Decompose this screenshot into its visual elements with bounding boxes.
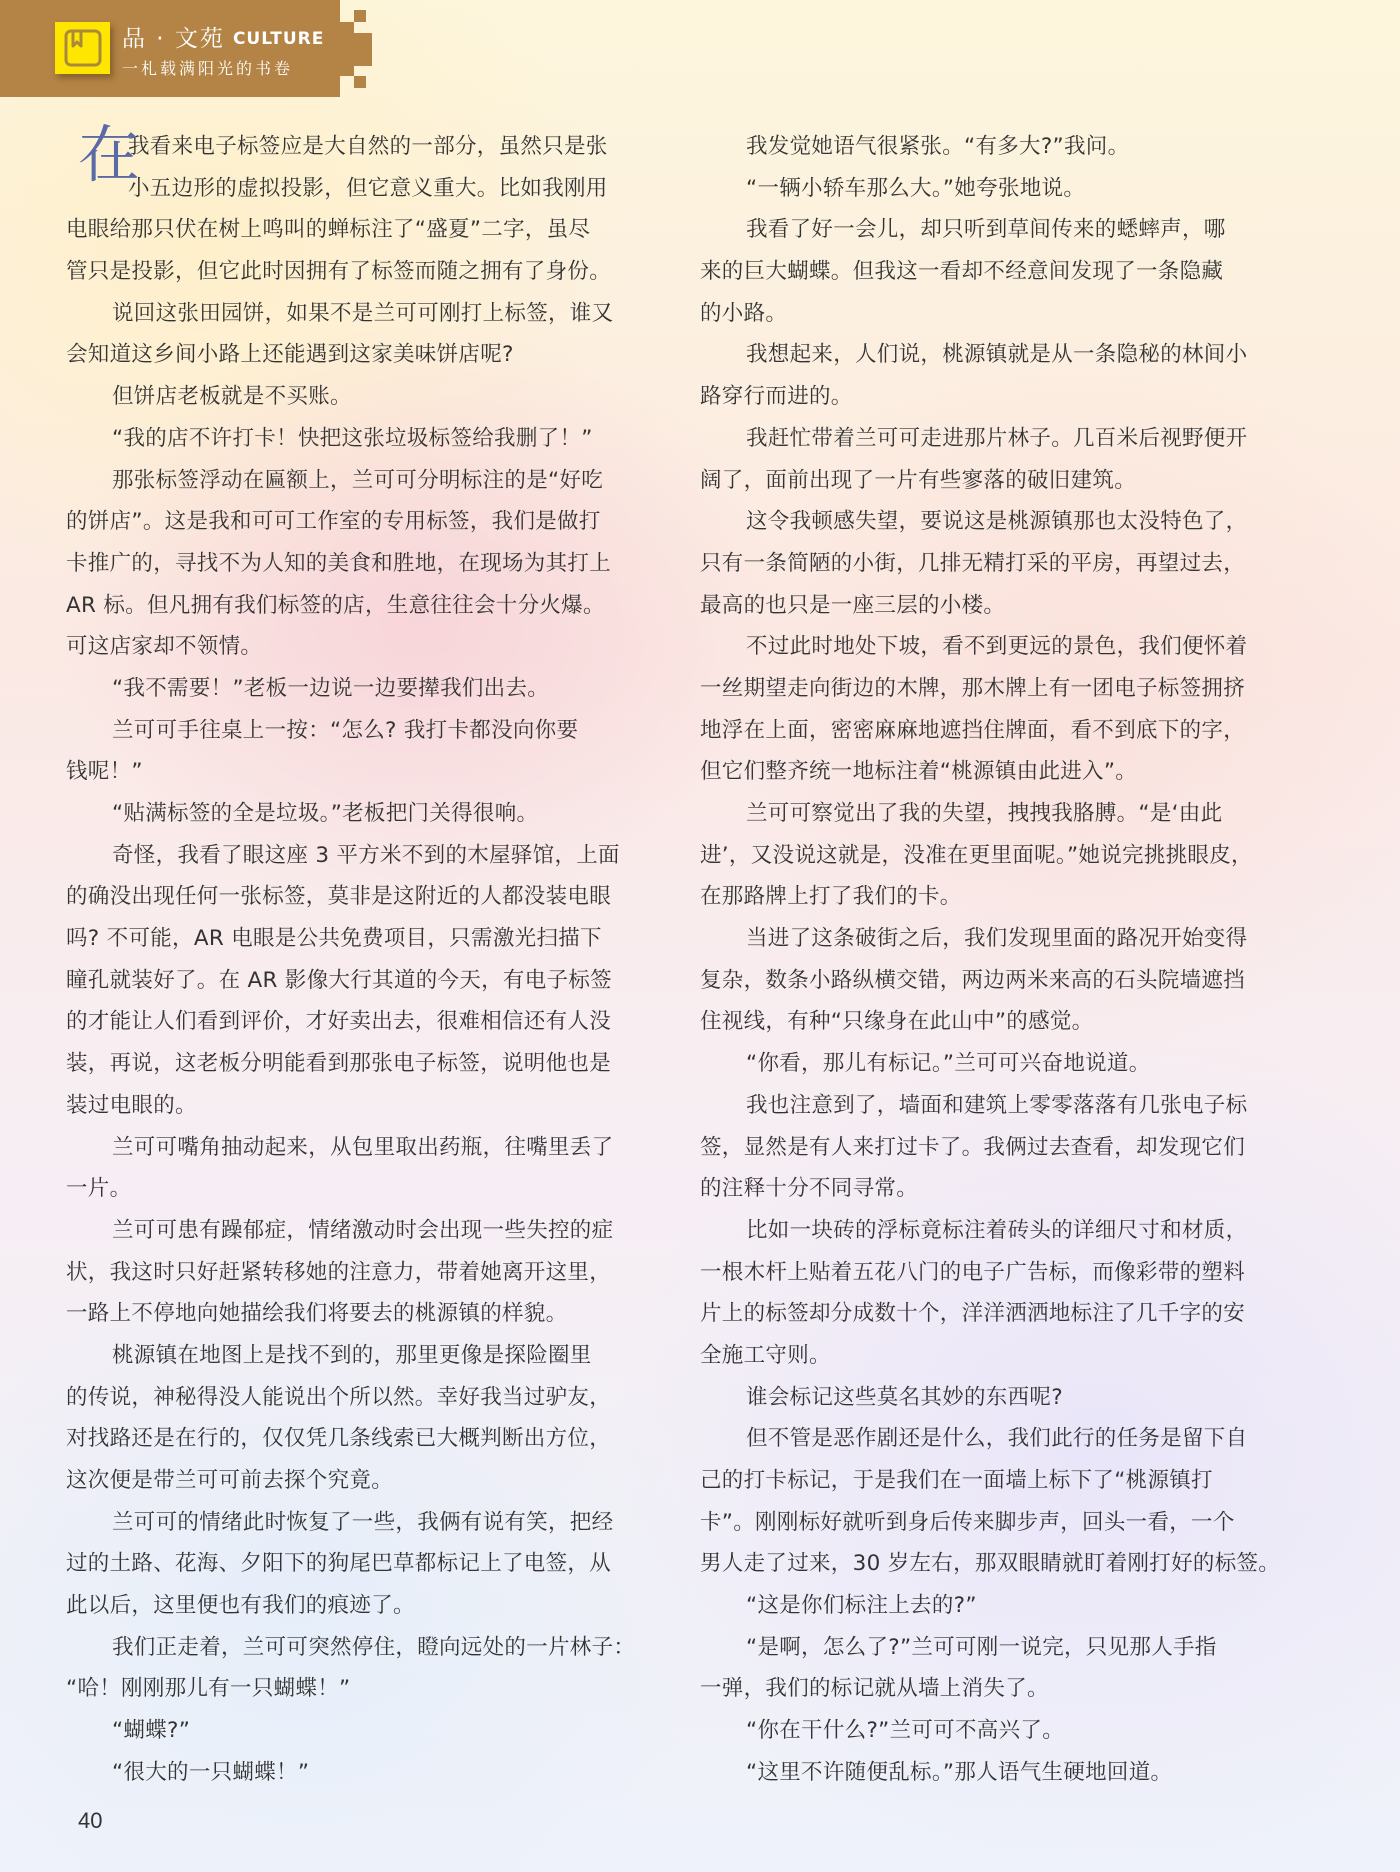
text-line: 我看了好一会儿，却只听到草间传来的蟋蟀声，哪 bbox=[700, 209, 1194, 251]
text-line: “蝴蝶?” bbox=[66, 1710, 560, 1752]
text-line: 的饼店”。这是我和可可工作室的专用标签，我们是做打 bbox=[66, 501, 560, 543]
text-line: 进’，又没说这就是，没准在更里面呢。”她说完挑挑眼皮， bbox=[700, 835, 1194, 877]
article-column-right: 我发觉她语气很紧张。“有多大?”我问。“一辆小轿车那么大。”她夸张地说。我看了好… bbox=[700, 126, 1194, 1794]
banner-decoration-square bbox=[354, 76, 366, 88]
text-line: 我们正走着，兰可可突然停住，瞪向远处的一片林子： bbox=[66, 1627, 560, 1669]
text-line: 一片。 bbox=[66, 1168, 560, 1210]
text-line: “这是你们标注上去的?” bbox=[700, 1585, 1194, 1627]
page-number: 40 bbox=[78, 1808, 102, 1834]
text-line: 男人走了过来，30 岁左右，那双眼睛就盯着刚打好的标签。 bbox=[700, 1543, 1194, 1585]
bookmark-book-icon bbox=[55, 22, 110, 74]
banner-decoration-square bbox=[354, 10, 366, 22]
text-line: 一弹，我们的标记就从墙上消失了。 bbox=[700, 1668, 1194, 1710]
text-line: 兰可可手往桌上一按：“怎么? 我打卡都没向你要 bbox=[66, 710, 560, 752]
text-line: 复杂，数条小路纵横交错，两边两米来高的石头院墙遮挡 bbox=[700, 960, 1194, 1002]
section-subtitle: 一札载满阳光的书卷 bbox=[122, 56, 293, 79]
text-line: 一根木杆上贴着五花八门的电子广告标，而像彩带的塑料 bbox=[700, 1252, 1194, 1294]
text-line: 全施工守则。 bbox=[700, 1335, 1194, 1377]
text-line: 装，再说，这老板分明能看到那张电子标签，说明他也是 bbox=[66, 1043, 560, 1085]
text-line: 片上的标签却分成数十个，洋洋洒洒地标注了几千字的安 bbox=[700, 1293, 1194, 1335]
text-line: 兰可可患有躁郁症，情绪激动时会出现一些失控的症 bbox=[66, 1210, 560, 1252]
text-line: 桃源镇在地图上是找不到的，那里更像是探险圈里 bbox=[66, 1335, 560, 1377]
text-line: 但饼店老板就是不买账。 bbox=[66, 376, 560, 418]
text-line: 装过电眼的。 bbox=[66, 1085, 560, 1127]
text-line: “是啊，怎么了?”兰可可刚一说完，只见那人手指 bbox=[700, 1627, 1194, 1669]
text-line: 我也注意到了，墙面和建筑上零零落落有几张电子标 bbox=[700, 1085, 1194, 1127]
text-line: “你在干什么?”兰可可不高兴了。 bbox=[700, 1710, 1194, 1752]
text-line: 比如一块砖的浮标竟标注着砖头的详细尺寸和材质， bbox=[700, 1210, 1194, 1252]
section-title-en: CULTURE bbox=[233, 29, 324, 49]
text-line: 一丝期望走向街边的木牌，那木牌上有一团电子标签拥挤 bbox=[700, 668, 1194, 710]
text-line: 谁会标记这些莫名其妙的东西呢? bbox=[700, 1377, 1194, 1419]
text-line: 对找路还是在行的，仅仅凭几条线索已大概判断出方位， bbox=[66, 1418, 560, 1460]
text-line: 奇怪，我看了眼这座 3 平方米不到的木屋驿馆，上面 bbox=[66, 835, 560, 877]
text-line: “一辆小轿车那么大。”她夸张地说。 bbox=[700, 168, 1194, 210]
text-line: 住视线，有种“只缘身在此山中”的感觉。 bbox=[700, 1001, 1194, 1043]
section-header-banner: 品 · 文苑CULTURE 一札载满阳光的书卷 bbox=[0, 0, 340, 97]
text-line: 来的巨大蝴蝶。但我这一看却不经意间发现了一条隐藏 bbox=[700, 251, 1194, 293]
text-line: 的才能让人们看到评价，才好卖出去，很难相信还有人没 bbox=[66, 1001, 560, 1043]
text-line: “贴满标签的全是垃圾。”老板把门关得很响。 bbox=[66, 793, 560, 835]
text-line: 说回这张田园饼，如果不是兰可可刚打上标签，谁又 bbox=[66, 293, 560, 335]
text-line: 可这店家却不领情。 bbox=[66, 626, 560, 668]
text-line: 兰可可的情绪此时恢复了一些，我俩有说有笑，把经 bbox=[66, 1502, 560, 1544]
text-line: 的注释十分不同寻常。 bbox=[700, 1168, 1194, 1210]
text-line: 地浮在上面，密密麻麻地遮挡住牌面，看不到底下的字， bbox=[700, 710, 1194, 752]
text-line: “这里不许随便乱标。”那人语气生硬地回道。 bbox=[700, 1752, 1194, 1794]
text-line: 我赶忙带着兰可可走进那片林子。几百米后视野便开 bbox=[700, 418, 1194, 460]
text-line: 的小路。 bbox=[700, 293, 1194, 335]
text-line: “哈！刚刚那儿有一只蝴蝶！” bbox=[66, 1668, 560, 1710]
text-line: 过的土路、花海、夕阳下的狗尾巴草都标记上了电签，从 bbox=[66, 1543, 560, 1585]
text-line: 阔了，面前出现了一片有些寥落的破旧建筑。 bbox=[700, 460, 1194, 502]
text-line: 我想起来，人们说，桃源镇就是从一条隐秘的林间小 bbox=[700, 334, 1194, 376]
text-line: 小五边形的虚拟投影，但它意义重大。比如我刚用 bbox=[66, 168, 560, 210]
banner-decoration bbox=[354, 33, 372, 66]
text-line: 路穿行而进的。 bbox=[700, 376, 1194, 418]
section-title: 品 · 文苑CULTURE bbox=[122, 20, 324, 53]
text-line: 兰可可察觉出了我的失望，拽拽我胳膊。“是‘由此 bbox=[700, 793, 1194, 835]
text-line: 会知道这乡间小路上还能遇到这家美味饼店呢? bbox=[66, 334, 560, 376]
section-title-cn: 品 · 文苑 bbox=[122, 26, 225, 52]
text-line: 吗? 不可能，AR 电眼是公共免费项目，只需激光扫描下 bbox=[66, 918, 560, 960]
banner-decoration bbox=[340, 22, 354, 76]
text-line: 最高的也只是一座三层的小楼。 bbox=[700, 585, 1194, 627]
text-line: 此以后，这里便也有我们的痕迹了。 bbox=[66, 1585, 560, 1627]
text-line: 我看来电子标签应是大自然的一部分，虽然只是张 bbox=[66, 126, 560, 168]
text-line: 兰可可嘴角抽动起来，从包里取出药瓶，往嘴里丢了 bbox=[66, 1127, 560, 1169]
text-line: 卡推广的，寻找不为人知的美食和胜地，在现场为其打上 bbox=[66, 543, 560, 585]
text-line: 卡”。刚刚标好就听到身后传来脚步声，回头一看，一个 bbox=[700, 1502, 1194, 1544]
text-line: 这令我顿感失望，要说这是桃源镇那也太没特色了， bbox=[700, 501, 1194, 543]
text-line: 这次便是带兰可可前去探个究竟。 bbox=[66, 1460, 560, 1502]
article-column-left: 在 我看来电子标签应是大自然的一部分，虽然只是张小五边形的虚拟投影，但它意义重大… bbox=[66, 126, 560, 1794]
text-line: 的传说，神秘得没人能说出个所以然。幸好我当过驴友， bbox=[66, 1377, 560, 1419]
text-line: “我不需要！”老板一边说一边要撵我们出去。 bbox=[66, 668, 560, 710]
text-line: 的确没出现任何一张标签，莫非是这附近的人都没装电眼 bbox=[66, 876, 560, 918]
text-line: 只有一条简陋的小街，几排无精打采的平房，再望过去， bbox=[700, 543, 1194, 585]
text-line: 钱呢！” bbox=[66, 751, 560, 793]
text-line: 签，显然是有人来打过卡了。我俩过去查看，却发现它们 bbox=[700, 1127, 1194, 1169]
text-line: “你看，那儿有标记。”兰可可兴奋地说道。 bbox=[700, 1043, 1194, 1085]
text-line: 瞳孔就装好了。在 AR 影像大行其道的今天，有电子标签 bbox=[66, 960, 560, 1002]
text-line: 己的打卡标记，于是我们在一面墙上标下了“桃源镇打 bbox=[700, 1460, 1194, 1502]
text-line: 不过此时地处下坡，看不到更远的景色，我们便怀着 bbox=[700, 626, 1194, 668]
text-line: AR 标。但凡拥有我们标签的店，生意往往会十分火爆。 bbox=[66, 585, 560, 627]
text-line: 电眼给那只伏在树上鸣叫的蝉标注了“盛夏”二字，虽尽 bbox=[66, 209, 560, 251]
text-line: 状，我这时只好赶紧转移她的注意力，带着她离开这里， bbox=[66, 1252, 560, 1294]
text-line: “我的店不许打卡！快把这张垃圾标签给我删了！” bbox=[66, 418, 560, 460]
text-line: 那张标签浮动在匾额上，兰可可分明标注的是“好吃 bbox=[66, 460, 560, 502]
text-line: 在那路牌上打了我们的卡。 bbox=[700, 876, 1194, 918]
text-line: 但不管是恶作剧还是什么，我们此行的任务是留下自 bbox=[700, 1418, 1194, 1460]
text-line: 一路上不停地向她描绘我们将要去的桃源镇的样貌。 bbox=[66, 1293, 560, 1335]
drop-cap: 在 bbox=[78, 120, 140, 190]
text-line: 但它们整齐统一地标注着“桃源镇由此进入”。 bbox=[700, 751, 1194, 793]
text-line: 我发觉她语气很紧张。“有多大?”我问。 bbox=[700, 126, 1194, 168]
text-line: 管只是投影，但它此时因拥有了标签而随之拥有了身份。 bbox=[66, 251, 560, 293]
text-line: “很大的一只蝴蝶！” bbox=[66, 1752, 560, 1794]
text-line: 当进了这条破街之后，我们发现里面的路况开始变得 bbox=[700, 918, 1194, 960]
